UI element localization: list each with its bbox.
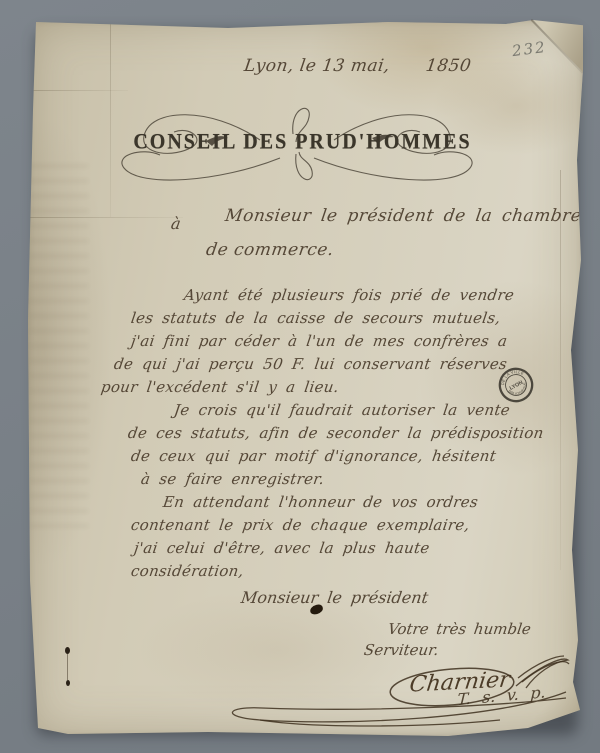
photograph-background: 232 Lyon, le 13 mai,1850 CONSEIL DES PRU… <box>0 0 600 753</box>
library-stamp-icon: DE LA VILLE BIBLIOTHÈQUE LYON <box>497 366 535 404</box>
archival-page-number: 232 <box>511 38 548 60</box>
valediction-line: Votre très humble <box>387 622 532 637</box>
salutation-line: de commerce. <box>205 242 335 259</box>
body-line: de ces statuts, afin de seconder la préd… <box>127 426 545 441</box>
fold-crease <box>560 170 561 570</box>
dateline: Lyon, le 13 mai,1850 <box>243 58 472 75</box>
letterhead-title: CONSEIL DES PRUD'HOMMES <box>110 130 495 156</box>
dateline-place: Lyon, le 13 mai, <box>243 56 391 76</box>
body-line: En attendant l'honneur de vos ordres <box>162 495 479 510</box>
fold-crease <box>28 217 183 218</box>
body-line: j'ai celui d'être, avec la plus haute <box>133 541 431 556</box>
ink-scratch <box>67 654 68 680</box>
closing-address: Monsieur le président <box>240 590 429 606</box>
fold-crease <box>28 90 128 91</box>
ink-speck <box>66 680 70 686</box>
ink-speck <box>65 647 70 654</box>
salutation-prefix: à <box>170 216 182 232</box>
dateline-year: 1850 <box>424 56 472 76</box>
body-line: de ceux qui par motif d'ignorance, hésit… <box>130 449 497 464</box>
body-line: à se faire enregistrer. <box>140 472 325 487</box>
body-line: pour l'excédent s'il y a lieu. <box>100 380 340 395</box>
body-line: contenant le prix de chaque exemplaire, <box>130 518 471 533</box>
body-line: Ayant été plusieurs fois prié de vendre <box>183 288 515 303</box>
body-line: j'ai fini par céder à l'un de mes confrè… <box>130 334 508 349</box>
body-line: les statuts de la caisse de secours mutu… <box>130 311 501 326</box>
body-line: Je crois qu'il faudrait autoriser la ven… <box>173 403 511 418</box>
salutation-line: Monsieur le président de la chambre <box>224 208 583 225</box>
body-line: considération, <box>130 564 245 579</box>
body-line: de qui j'ai perçu 50 F. lui conservant r… <box>113 357 508 372</box>
letter-page: 232 Lyon, le 13 mai,1850 CONSEIL DES PRU… <box>28 20 583 736</box>
